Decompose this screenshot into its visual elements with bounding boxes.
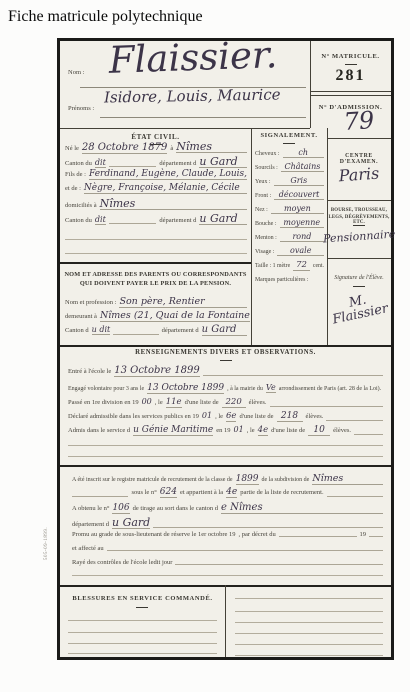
signalement-row-sourcils: Sourcils : Châtains <box>255 163 324 172</box>
front-value: découvert <box>274 191 324 200</box>
canton-value-2: dit <box>95 216 106 225</box>
taille-label: Taille : 1 mètre <box>255 263 290 269</box>
passe-text-1: Passé en 1re division en 19 <box>68 399 139 406</box>
matricule-label: N° MATRICULE. <box>310 53 391 60</box>
ne-le-label: Né le <box>65 145 79 152</box>
sous-text-1: sous le n° <box>131 489 156 496</box>
signature-label: Signature de l'Élève. <box>327 275 391 281</box>
signalement-dash <box>283 143 295 144</box>
engage-date: 13 Octobre 1899 <box>147 384 224 394</box>
bourse-label-1: BOURSE, TROUSSEAU, <box>327 208 391 213</box>
bourse-dash <box>353 225 365 226</box>
renseignements-bottom-line <box>60 465 391 467</box>
prenoms-ruled-line <box>100 117 306 118</box>
engage-text-1: Engagé volontaire pour 3 ans le <box>68 386 144 392</box>
residence-row: domiciliés à Nîmes <box>65 198 247 210</box>
etat-civil-title: ÉTAT CIVIL. <box>60 133 251 141</box>
signalement-row-menton: Menton : rond <box>255 233 324 242</box>
passe-list-size: 220 <box>222 398 246 408</box>
promu-row: Promu au grade de sous-lieutenant de rés… <box>72 531 383 538</box>
sous-partie: 4e <box>226 488 237 498</box>
canton-row-1: Canton du dit département d u Gard <box>65 156 247 168</box>
mother-row: et de : Nègre, Françoise, Mélanie, Cécil… <box>65 184 247 194</box>
ruled-line <box>68 437 383 446</box>
admis-fill <box>354 434 383 435</box>
nom-value: Flaissier. <box>81 35 304 80</box>
nez-label: Nez : <box>255 207 268 213</box>
raye-label: Rayé des contrôles de l'école ledit jour <box>72 559 172 566</box>
sourcils-label: Sourcils : <box>255 165 278 171</box>
admis-text-1: Admis dans le service d <box>68 427 130 434</box>
departement-value-2: u Gard <box>199 213 247 225</box>
admissible-text-4: élèves. <box>306 413 324 420</box>
address-value: Nîmes (21, Quai de la Fontaine <box>100 311 250 322</box>
printer-imprint: 505-09-1899. <box>44 527 49 560</box>
ruled-line <box>235 625 383 634</box>
etat-signalement-divider <box>251 128 252 345</box>
admission-bottom-line <box>327 138 391 139</box>
affecte-fill <box>107 550 383 551</box>
parents-departement-value: u Gard <box>202 325 247 336</box>
visage-label: Visage : <box>255 249 274 255</box>
menton-value: rond <box>280 233 324 242</box>
a-label: à <box>170 145 173 152</box>
ruled-line <box>68 624 217 633</box>
page-title: Fiche matricule polytechnique <box>8 8 203 26</box>
admis-row: Admis dans le service d u Génie Maritime… <box>68 426 383 436</box>
passe-row: Passé en 1re division en 19 00 , le 11e … <box>68 398 383 408</box>
admissible-text-3: d'une liste de <box>239 413 273 420</box>
marques-label: Marques particulières : <box>255 277 308 283</box>
parents-title-1: NOM ET ADRESSE DES PARENTS OU CORRESPOND… <box>62 271 249 278</box>
mother-value: Nègre, Françoise, Mélanie, Cécile <box>84 184 247 194</box>
bouche-value: moyenne <box>280 219 325 228</box>
admissible-rank: 6e <box>226 412 236 422</box>
cheveux-value: ch <box>283 149 325 158</box>
centre-bottom-line <box>327 200 391 201</box>
bourse-label-2: LEGS, DÉGRÈVEMENTS, ETC. <box>327 215 391 225</box>
signalement-row-front: Front : découvert <box>255 191 324 200</box>
admis-year: 01 <box>234 426 244 434</box>
cheveux-label: Cheveux : <box>255 151 280 157</box>
admissible-row: Déclaré admissible dans les services pub… <box>68 412 383 422</box>
raye-fill <box>175 564 383 565</box>
admission-value: 79 <box>326 107 392 135</box>
signalement-title: SIGNALEMENT. <box>251 132 327 139</box>
centre-examen-value: Paris <box>327 165 392 185</box>
inscrit-classe: 1899 <box>236 475 259 485</box>
engage-text-3: arrondissement de Paris (art. 28 de la L… <box>279 386 381 392</box>
profession-row: Nom et profession : Son père, Rentier <box>65 297 247 308</box>
renseignements-title: RENSEIGNEMENTS DIVERS ET OBSERVATIONS. <box>60 349 391 356</box>
signature-dash <box>353 286 365 287</box>
recrutement-dept-value: u Gard <box>112 517 150 529</box>
affecte-row: et affecté au <box>72 545 383 552</box>
bourse-bottom-line <box>327 258 391 259</box>
obtenu-row: A obtenu le n° 106 de tirage au sort dan… <box>72 503 383 514</box>
address-row: demeurant à Nîmes (21, Quai de la Fontai… <box>65 311 247 322</box>
ruled-line <box>65 245 247 254</box>
entree-row: Entré à l'école le 13 Octobre 1899 <box>68 366 383 377</box>
taille-value: 72 <box>293 261 310 271</box>
bourse-value: Pensionnaire <box>323 229 396 245</box>
promu-text-3: 19 <box>360 531 367 538</box>
ruled-line <box>235 603 383 612</box>
matricule-dash <box>345 64 357 65</box>
ruled-line <box>68 645 217 654</box>
ruled-line <box>235 590 383 599</box>
taille-unit: cent. <box>313 263 324 269</box>
canton-row-2: Canton du dit département d u Gard <box>65 213 247 225</box>
canton-label-2: Canton du <box>65 217 92 224</box>
matricule-sep-2 <box>310 95 391 96</box>
obtenu-text-1: A obtenu le n° <box>72 505 109 512</box>
inscrit-row: A été inscrit sur le registre matricule … <box>72 474 383 485</box>
matricule-card: Nom : Flaissier. Prénoms : Isidore, Loui… <box>57 38 394 660</box>
entree-fill <box>203 375 383 376</box>
admissible-list-size: 218 <box>277 412 303 422</box>
inscrit-text-1: A été inscrit sur le registre matricule … <box>72 477 233 483</box>
residence-value: Nîmes <box>100 198 247 210</box>
engage-row: Engagé volontaire pour 3 ans le 13 Octob… <box>68 384 383 394</box>
ruled-line <box>65 231 247 240</box>
sous-text-2: et appartient à la <box>180 489 223 496</box>
inscrit-subdivision: Nîmes <box>312 474 383 485</box>
menton-label: Menton : <box>255 235 277 241</box>
middle-block-bottom-line <box>60 345 391 347</box>
canton-label-1: Canton du <box>65 160 92 167</box>
promu-text-1: Promu au grade de sous-lieutenant de rés… <box>72 531 236 538</box>
admissible-text-1: Déclaré admissible dans les services pub… <box>68 413 199 420</box>
yeux-value: Gris <box>274 177 324 186</box>
signalement-row-cheveux: Cheveux : ch <box>255 149 324 158</box>
ruled-line <box>235 614 383 623</box>
entree-value: 13 Octobre 1899 <box>114 366 199 377</box>
et-de-label: et de : <box>65 185 81 192</box>
admis-list-size: 10 <box>308 426 330 436</box>
centre-examen-label: CENTRE D'EXAMEN. <box>327 153 391 165</box>
sous-row: sous le n° 624 et appartient à la 4e par… <box>72 488 383 498</box>
admis-service: u Génie Maritime <box>133 426 213 436</box>
canton-fill-1 <box>109 166 157 167</box>
parents-title-2: QUI DOIVENT PAYER LE PRIX DE LA PENSION. <box>62 280 249 287</box>
ruled-line <box>68 448 383 457</box>
canton-value-1: dit <box>95 159 106 168</box>
parents-departement-label: département d <box>162 327 199 334</box>
affecte-label: et affecté au <box>72 545 104 552</box>
passe-text-3: d'une liste de <box>185 399 219 406</box>
recrutement-dept-fill <box>153 527 383 528</box>
sous-trailing-fill <box>327 496 383 497</box>
promu-fill-2 <box>369 536 383 537</box>
signalement-row-nez: Nez : moyen <box>255 205 324 214</box>
name-block-bottom-line <box>60 128 310 129</box>
passe-fill <box>270 406 384 407</box>
recrutement-dept-label: département d <box>72 521 109 528</box>
promu-text-2: , par décret du <box>239 531 276 538</box>
canton-fill-2 <box>109 223 157 224</box>
demeurant-label: demeurant à <box>65 313 97 320</box>
obtenu-canton: e Nîmes <box>221 503 383 514</box>
admissible-year: 01 <box>202 412 212 420</box>
departement-value-1: u Gard <box>199 156 247 168</box>
signalement-row-visage: Visage : ovale <box>255 247 324 256</box>
recrutement-dept-row: département d u Gard <box>72 517 383 529</box>
matricule-sep-1 <box>310 91 391 92</box>
yeux-label: Yeux : <box>255 179 271 185</box>
admis-text-5: élèves. <box>333 427 351 434</box>
parents-canton-value: u dit <box>92 326 111 335</box>
departement-label-2: département d <box>159 217 196 224</box>
father-value: Ferdinand, Eugène, Claude, Louis, <box>89 170 247 180</box>
fils-de-label: Fils de : <box>65 171 86 178</box>
ruled-line <box>235 636 383 645</box>
sous-text-3: partie de la liste de recrutement. <box>240 489 323 496</box>
inscrit-text-2: de la subdivision de <box>262 477 310 483</box>
admis-text-2: en 19 <box>216 427 230 434</box>
engage-text-2: , à la mairie du <box>227 386 263 392</box>
passe-text-2: , le <box>155 399 163 406</box>
ruled-line <box>68 635 217 644</box>
passe-text-4: élèves. <box>249 399 267 406</box>
passe-year: 00 <box>142 398 152 406</box>
profession-value: Son père, Rentier <box>119 297 247 308</box>
entree-label: Entré à l'école le <box>68 368 111 375</box>
matricule-value: 281 <box>310 67 391 85</box>
admissible-text-2: , le <box>215 413 223 420</box>
blessures-title: BLESSURES EN SERVICE COMMANDÉ. <box>64 595 221 602</box>
domicilies-label: domiciliés à <box>65 202 97 209</box>
taille-row: Taille : 1 mètre 72 cent. <box>255 261 324 271</box>
passe-rank: 11e <box>166 398 182 408</box>
parents-canton-row: Canton d u dit département d u Gard <box>65 325 247 336</box>
parents-canton-label: Canton d <box>65 327 89 334</box>
blessures-column-divider <box>225 585 226 657</box>
departement-label-1: département d <box>159 160 196 167</box>
ruled-line <box>68 612 217 621</box>
renseignements-dash <box>220 360 232 361</box>
sous-numero: 624 <box>160 488 177 498</box>
ruled-line <box>235 647 383 656</box>
profession-label: Nom et profession : <box>65 299 116 306</box>
bouche-label: Bouche : <box>255 221 277 227</box>
raye-row: Rayé des contrôles de l'école ledit jour <box>72 559 383 566</box>
signature-value: M. Flaissier <box>321 288 397 328</box>
admis-rank: 4e <box>258 426 268 436</box>
father-row: Fils de : Ferdinand, Eugène, Claude, Lou… <box>65 170 247 180</box>
admissible-fill <box>326 420 383 421</box>
admis-text-4: d'une liste de <box>271 427 305 434</box>
birth-row: Né le 28 Octobre 1879 à Nîmes <box>65 141 247 154</box>
front-label: Front : <box>255 193 271 199</box>
admis-text-3: , le <box>247 427 255 434</box>
nez-value: moyen <box>271 205 324 214</box>
birth-date-value: 28 Octobre 1879 <box>82 143 167 154</box>
prenoms-label: Prénoms : <box>68 105 94 112</box>
parents-section-divider <box>60 262 251 264</box>
parents-canton-fill <box>113 334 158 335</box>
sous-leading-fill <box>72 496 128 497</box>
promu-fill <box>279 536 357 537</box>
signalement-row-bouche: Bouche : moyenne <box>255 219 324 228</box>
birth-place-value: Nîmes <box>176 141 247 153</box>
obtenu-text-2: de tirage au sort dans le canton d <box>133 505 218 512</box>
prenoms-value: Isidore, Louis, Maurice <box>104 87 281 105</box>
blessures-dash <box>136 607 148 608</box>
engage-arrondissement: Ve <box>266 384 276 393</box>
obtenu-numero: 106 <box>112 504 129 514</box>
sourcils-value: Châtains <box>281 163 324 172</box>
signalement-row-yeux: Yeux : Gris <box>255 177 324 186</box>
visage-value: ovale <box>277 247 324 256</box>
ruled-line <box>72 567 383 576</box>
